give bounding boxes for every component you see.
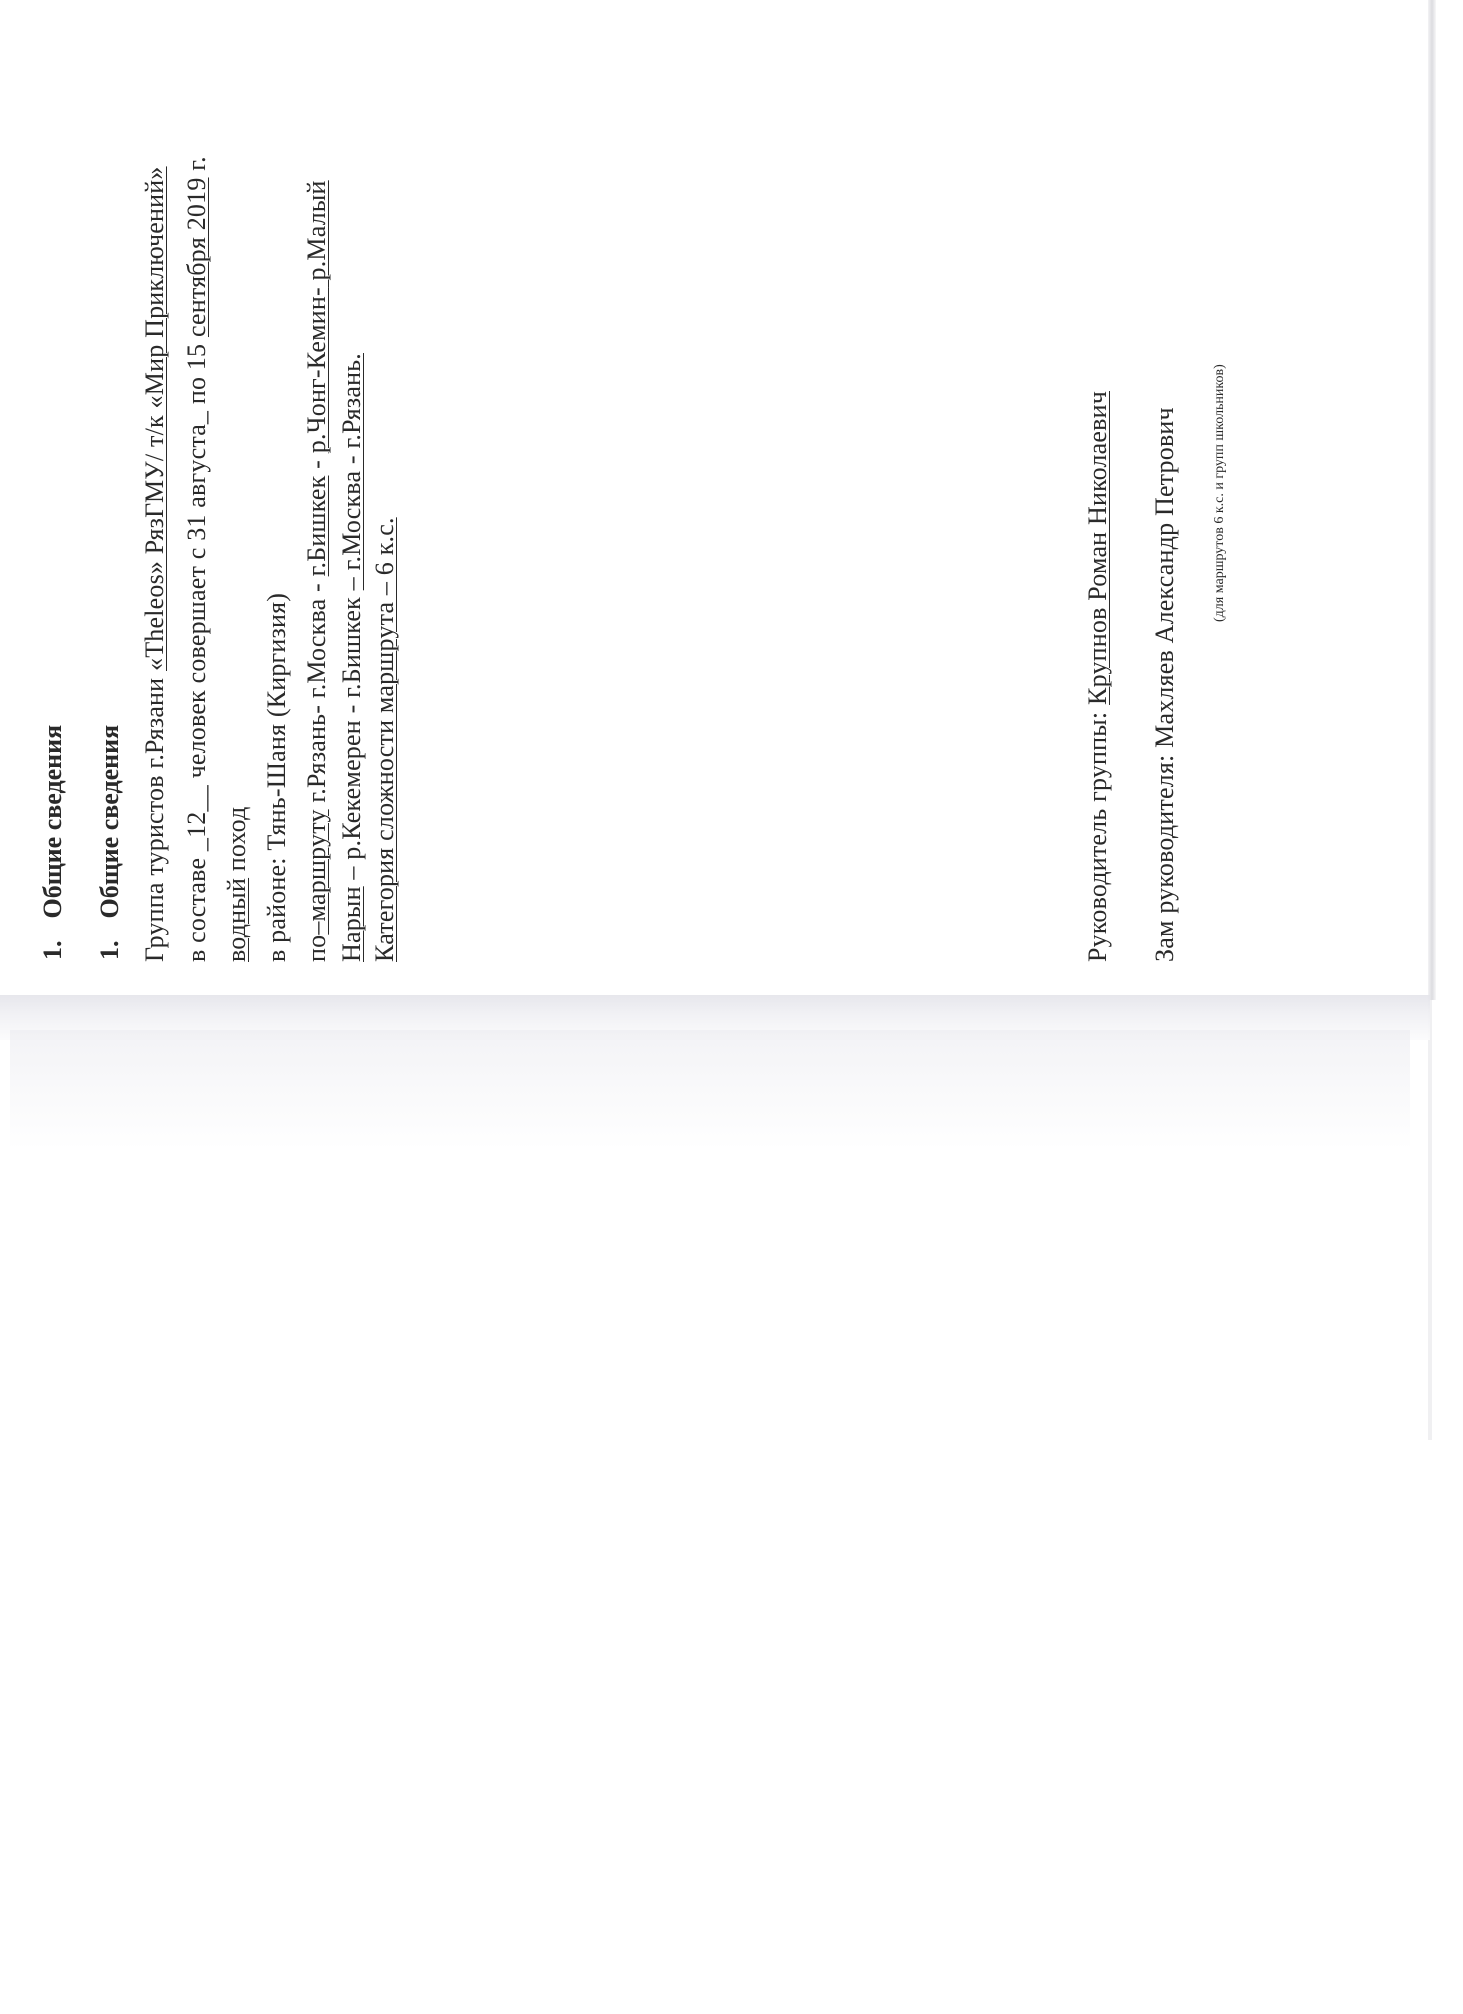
hike-type-line: водный поход	[222, 806, 252, 962]
heading-title: Общие сведения	[95, 725, 124, 919]
route-line-2: Нарын – р.Кекемерен - г.Бишкек – г.Москв…	[337, 353, 367, 962]
route-line-1: по–маршруту г.Рязань- г.Москва - г.Бишке…	[302, 180, 332, 962]
category-label: Категория	[370, 848, 399, 962]
region-line: в районе: Тянь-Шаня (Киргизия)	[262, 593, 292, 962]
leader-label: Руководитель группы:	[1083, 705, 1112, 962]
group-line: Группа туристов г.Рязани «Theleos» РязГМ…	[140, 166, 170, 962]
route-prefix: по	[302, 935, 331, 962]
end-month: сентября	[182, 237, 211, 337]
section-heading: 1.Общие сведения	[38, 725, 68, 960]
heading-number: 1.	[95, 941, 124, 961]
category-value: сложности маршрута – 6 к.с.	[370, 517, 399, 847]
heading-title: Общие сведения	[38, 725, 67, 919]
route-label: –маршруту	[302, 809, 331, 934]
leader-name: Крупнов Роман Николаевич	[1083, 391, 1112, 705]
scan-artifact	[10, 1030, 1410, 1150]
route-segment: – г.Москва - г.Рязань.	[337, 353, 366, 590]
route-segment: р.Чонг-Кемин-	[302, 287, 331, 453]
section-heading: 1.Общие сведения	[95, 725, 125, 960]
hike-word: поход	[222, 806, 251, 877]
leader-line: Руководитель группы: Крупнов Роман Никол…	[1083, 391, 1113, 962]
composition-line: в составе _12__ человек совершает с 31 а…	[182, 156, 212, 962]
composition-prefix: в составе _	[182, 838, 211, 962]
deputy-line: Зам руководителя: Махляев Александр Петр…	[1150, 407, 1180, 962]
page-edge-shadow	[1428, 0, 1436, 1000]
composition-dates: __ человек совершает с 31 августа_ по 15	[182, 337, 211, 811]
route-segment: -	[302, 453, 331, 475]
route-segment: г.Рязань- г.Москва -	[302, 576, 331, 809]
group-prefix: Группа туристов г.Рязани	[140, 671, 169, 962]
deputy-name: Махляев Александр Петрович	[1150, 407, 1179, 748]
organization-name: «Theleos» РязГМУ/ т/к «Мир Приключений»	[140, 166, 169, 671]
deputy-note: (для маршрутов 6 к.с. и групп школьников…	[1212, 364, 1228, 622]
hike-type: водный	[222, 878, 251, 962]
category-line: Категория сложности маршрута – 6 к.с.	[370, 517, 400, 962]
scanned-page: 1.Общие сведения 1.Общие сведения Группа…	[0, 0, 1430, 1000]
heading-number: 1.	[38, 941, 67, 961]
route-segment: г.Бишкек	[302, 476, 331, 577]
year-suffix: г.	[182, 156, 211, 177]
route-segment: – р.Кекемерен - г.Бишкек	[337, 590, 366, 886]
participant-count: 12	[182, 812, 211, 838]
route-segment: Нарын	[337, 886, 366, 962]
page-edge-shadow	[1428, 1000, 1432, 1440]
route-segment: р.Малый	[302, 180, 331, 287]
year: 2019	[182, 177, 211, 237]
deputy-label: Зам руководителя:	[1150, 748, 1179, 962]
